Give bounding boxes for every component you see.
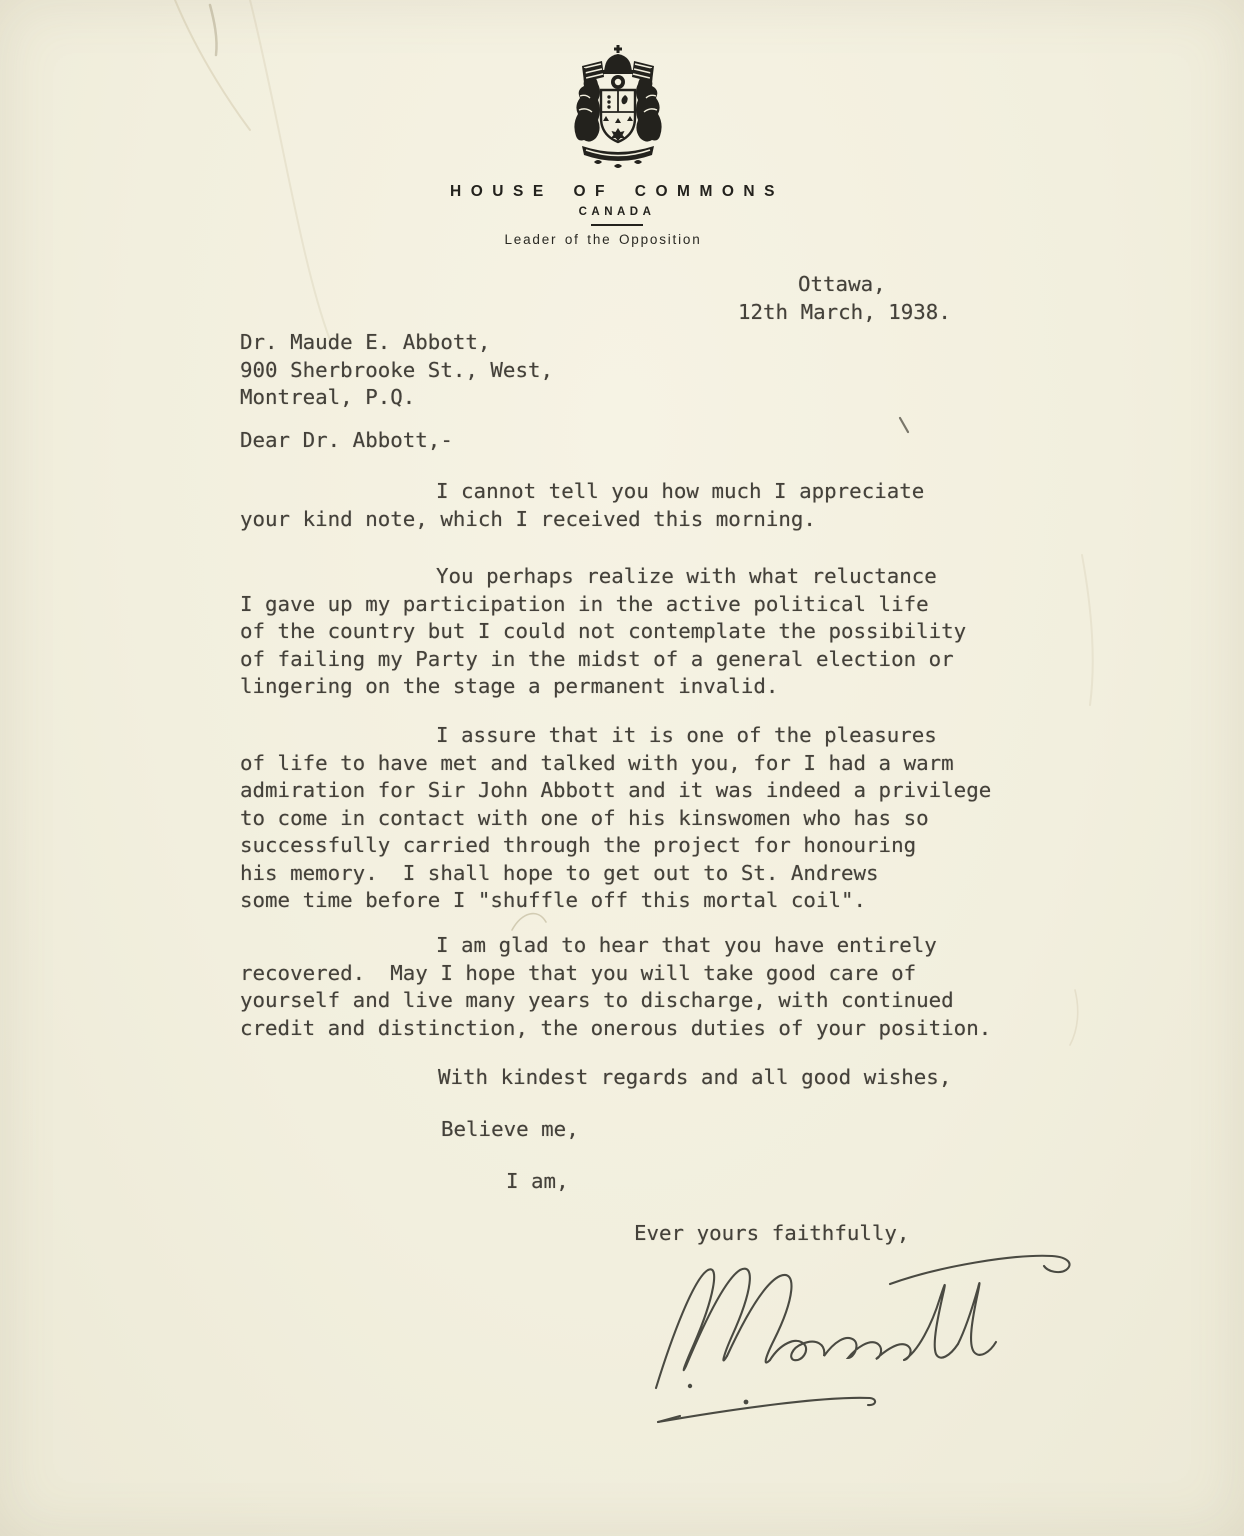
body-line: yourself and live many years to discharg… bbox=[240, 987, 991, 1015]
recipient-line: Montreal, P.Q. bbox=[240, 384, 553, 412]
body-line: of life to have met and talked with you,… bbox=[240, 750, 991, 778]
body-line: I assure that it is one of the pleasures bbox=[240, 722, 991, 750]
body-line: to come in contact with one of his kinsw… bbox=[240, 805, 991, 833]
letterhead-rule bbox=[591, 224, 643, 226]
body-line: his memory. I shall hope to get out to S… bbox=[240, 860, 991, 888]
body-line: your kind note, which I received this mo… bbox=[240, 506, 924, 534]
salutation: Dear Dr. Abbott,- bbox=[240, 427, 453, 455]
paragraph-4: I am glad to hear that you have entirely… bbox=[240, 932, 991, 1042]
closing-regards: With kindest regards and all good wishes… bbox=[438, 1064, 951, 1092]
recipient-line: Dr. Maude E. Abbott, bbox=[240, 329, 553, 357]
body-line: of failing my Party in the midst of a ge… bbox=[240, 646, 966, 674]
dateline-city: Ottawa, bbox=[738, 271, 951, 299]
letter-page: HOUSE OF COMMONS CANADA Leader of the Op… bbox=[0, 0, 1244, 1536]
dateline-date: 12th March, 1938. bbox=[738, 299, 951, 327]
body-line: recovered. May I hope that you will take… bbox=[240, 960, 991, 988]
body-line: some time before I "shuffle off this mor… bbox=[240, 887, 991, 915]
letterhead-organization: HOUSE OF COMMONS bbox=[0, 183, 1234, 201]
dateline: Ottawa, 12th March, 1938. bbox=[738, 271, 951, 326]
coat-of-arms-icon bbox=[566, 44, 670, 172]
body-line: lingering on the stage a permanent inval… bbox=[240, 673, 966, 701]
closing-i-am: I am, bbox=[506, 1168, 569, 1196]
body-line: I cannot tell you how much I appreciate bbox=[240, 478, 924, 506]
body-line: admiration for Sir John Abbott and it wa… bbox=[240, 777, 991, 805]
paragraph-3: I assure that it is one of the pleasures… bbox=[240, 722, 991, 915]
recipient-address: Dr. Maude E. Abbott, 900 Sherbrooke St.,… bbox=[240, 329, 553, 412]
recipient-line: 900 Sherbrooke St., West, bbox=[240, 357, 553, 385]
body-line: I gave up my participation in the active… bbox=[240, 591, 966, 619]
letterhead-country: CANADA bbox=[0, 206, 1234, 218]
paragraph-1: I cannot tell you how much I appreciate … bbox=[240, 478, 924, 533]
body-line: You perhaps realize with what reluctance bbox=[240, 563, 966, 591]
closing-believe-me: Believe me, bbox=[441, 1116, 579, 1144]
letterhead-role: Leader of the Opposition bbox=[0, 232, 1220, 247]
signature-script bbox=[628, 1240, 1088, 1445]
paragraph-2: You perhaps realize with what reluctance… bbox=[240, 563, 966, 701]
body-line: successfully carried through the project… bbox=[240, 832, 991, 860]
body-line: of the country but I could not contempla… bbox=[240, 618, 966, 646]
body-line: credit and distinction, the onerous duti… bbox=[240, 1015, 991, 1043]
body-line: I am glad to hear that you have entirely bbox=[240, 932, 991, 960]
